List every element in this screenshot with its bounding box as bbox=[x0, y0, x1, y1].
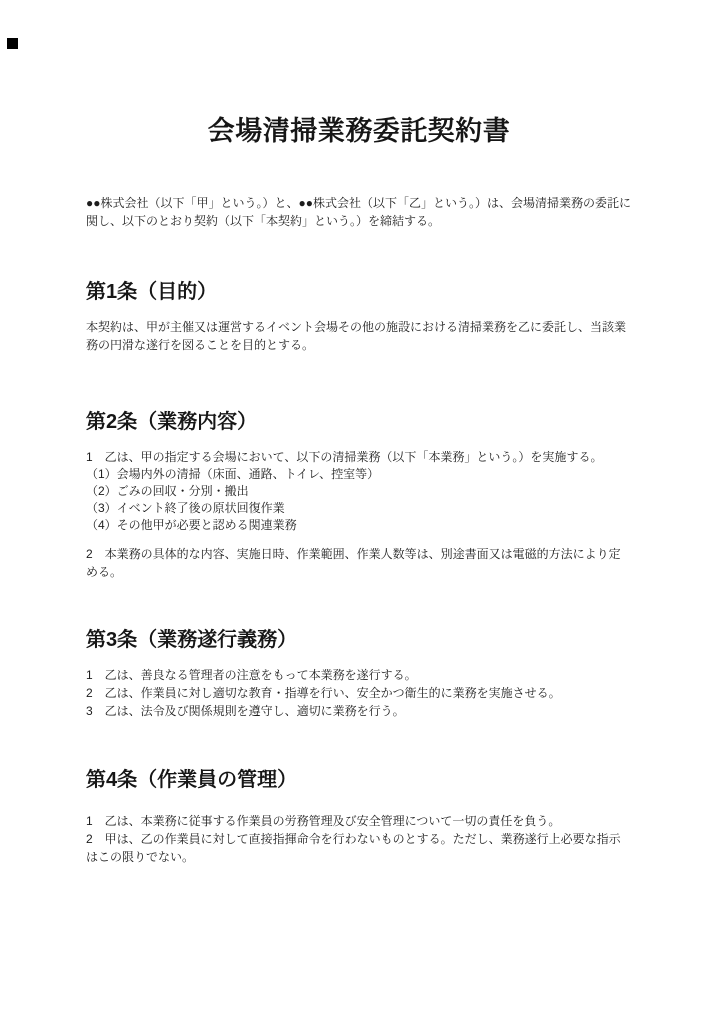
article-2-item-4: （4）その他甲が必要と認める関連業務 bbox=[86, 517, 632, 534]
intro-paragraph: ●●株式会社（以下「甲」という。）と、●●株式会社（以下「乙」という。）は、会場… bbox=[86, 194, 632, 230]
article-2-heading: 第2条（業務内容） bbox=[86, 410, 632, 434]
article-2-clause-2: 2 本業務の具体的な内容、実施日時、作業範囲、作業人数等は、別途書面又は電磁的方… bbox=[86, 545, 632, 581]
article-4-heading: 第4条（作業員の管理） bbox=[86, 768, 632, 792]
article-3-clause-1: 1 乙は、善良なる管理者の注意をもって本業務を遂行する。 bbox=[86, 666, 632, 684]
article-3-clause-3: 3 乙は、法令及び関係規則を遵守し、適切に業務を行う。 bbox=[86, 702, 632, 720]
article-2-item-1: （1）会場内外の清掃（床面、通路、トイレ、控室等） bbox=[86, 466, 632, 483]
page-corner-mark bbox=[7, 38, 18, 49]
article-4-clause-1: 1 乙は、本業務に従事する作業員の労務管理及び安全管理について一切の責任を負う。 bbox=[86, 812, 632, 830]
article-3-section: 第3条（業務遂行義務） 1 乙は、善良なる管理者の注意をもって本業務を遂行する。… bbox=[86, 628, 632, 720]
article-3-heading: 第3条（業務遂行義務） bbox=[86, 628, 632, 652]
article-3-clause-list: 1 乙は、善良なる管理者の注意をもって本業務を遂行する。 2 乙は、作業員に対し… bbox=[86, 666, 632, 720]
article-2-item-list: （1）会場内外の清掃（床面、通路、トイレ、控室等） （2）ごみの回収・分別・搬出… bbox=[86, 466, 632, 534]
article-4-section: 第4条（作業員の管理） 1 乙は、本業務に従事する作業員の労務管理及び安全管理に… bbox=[86, 768, 632, 866]
article-4-clause-2: 2 甲は、乙の作業員に対して直接指揮命令を行わないものとする。ただし、業務遂行上… bbox=[86, 830, 632, 866]
article-4-clause-list: 1 乙は、本業務に従事する作業員の労務管理及び安全管理について一切の責任を負う。… bbox=[86, 812, 632, 866]
contract-document: 会場清掃業務委託契約書 ●●株式会社（以下「甲」という。）と、●●株式会社（以下… bbox=[0, 0, 724, 866]
article-3-clause-2: 2 乙は、作業員に対し適切な教育・指導を行い、安全かつ衛生的に業務を実施させる。 bbox=[86, 684, 632, 702]
article-1-heading: 第1条（目的） bbox=[86, 280, 632, 304]
article-2-item-3: （3）イベント終了後の原状回復作業 bbox=[86, 500, 632, 517]
article-2-clause-1: 1 乙は、甲の指定する会場において、以下の清掃業務（以下「本業務」という。）を実… bbox=[86, 448, 632, 466]
article-2-item-2: （2）ごみの回収・分別・搬出 bbox=[86, 483, 632, 500]
article-1-section: 第1条（目的） 本契約は、甲が主催又は運営するイベント会場その他の施設における清… bbox=[86, 280, 632, 354]
article-2-section: 第2条（業務内容） 1 乙は、甲の指定する会場において、以下の清掃業務（以下「本… bbox=[86, 410, 632, 581]
document-title: 会場清掃業務委託契約書 bbox=[86, 0, 632, 150]
article-1-body: 本契約は、甲が主催又は運営するイベント会場その他の施設における清掃業務を乙に委託… bbox=[86, 318, 632, 354]
